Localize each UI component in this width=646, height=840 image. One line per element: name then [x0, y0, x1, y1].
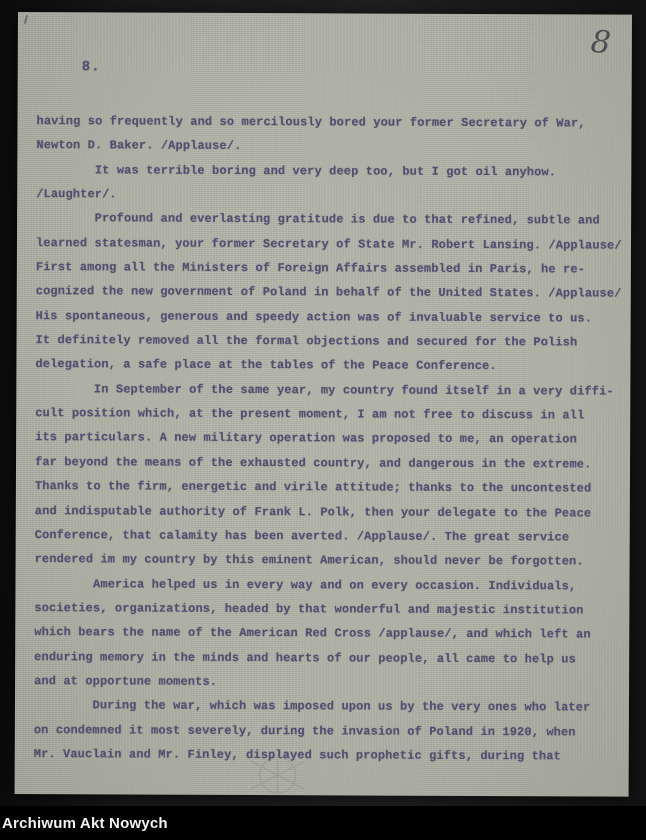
document-line: cognized the new government of Poland in…	[36, 279, 628, 306]
document-line: which bears the name of the American Red…	[34, 620, 626, 647]
document-line: During the war, which was imposed upon u…	[34, 693, 626, 720]
archive-footer-bar: Archiwum Akt Nowych	[0, 806, 646, 840]
document-line: First among all the Ministers of Foreign…	[36, 255, 628, 282]
document-text: having so frequently and so mercilously …	[34, 109, 629, 769]
document-line: Newton D. Baker. /Applause/.	[36, 133, 628, 160]
photo-background: 8. 8 having so frequently and so mercilo…	[0, 0, 646, 840]
document-line: societies, organizations, headed by that…	[34, 596, 626, 623]
pencil-corner-mark	[24, 15, 28, 24]
document-line: /Laughter/.	[36, 182, 628, 209]
document-line: Profound and everlasting gratitude is du…	[36, 206, 628, 233]
document-line: cult position which, at the present mome…	[35, 401, 627, 428]
document-line: It definitely removed all the formal obj…	[36, 328, 628, 355]
handwritten-page-number: 8	[589, 24, 612, 62]
faint-stamp-watermark	[243, 751, 313, 799]
document-page: 8. 8 having so frequently and so mercilo…	[15, 12, 632, 797]
document-line: His spontaneous, generous and speedy act…	[36, 304, 628, 331]
document-line: far beyond the means of the exhausted co…	[35, 450, 627, 477]
archive-name: Archiwum Akt Nowych	[0, 815, 168, 832]
document-line: Thanks to the firm, energetic and virile…	[35, 474, 627, 501]
document-line: It was terrible boring and very deep too…	[36, 158, 628, 185]
document-line: and indisputable authority of Frank L. P…	[35, 499, 627, 526]
document-line: Conference, that calamity has been avert…	[35, 523, 627, 550]
document-line: In September of the same year, my countr…	[35, 377, 627, 404]
document-line: its particulars. A new military operatio…	[35, 426, 627, 453]
document-line: and at opportune moments.	[34, 669, 626, 696]
document-line: learned statesman, your former Secretary…	[36, 231, 628, 258]
document-line: rendered im my country by this eminent A…	[35, 547, 627, 574]
document-line: on condemned it most severely, during th…	[34, 718, 626, 745]
document-line: enduring memory in the minds and hearts …	[34, 645, 626, 672]
document-line: America helped us in every way and on ev…	[34, 572, 626, 599]
document-line: Mr. Vauclain and Mr. Finley, displayed s…	[34, 742, 626, 769]
document-line: having so frequently and so mercilously …	[36, 109, 628, 136]
typed-page-number: 8.	[82, 59, 101, 75]
document-line: delegation, a safe place at the tables o…	[35, 353, 627, 380]
